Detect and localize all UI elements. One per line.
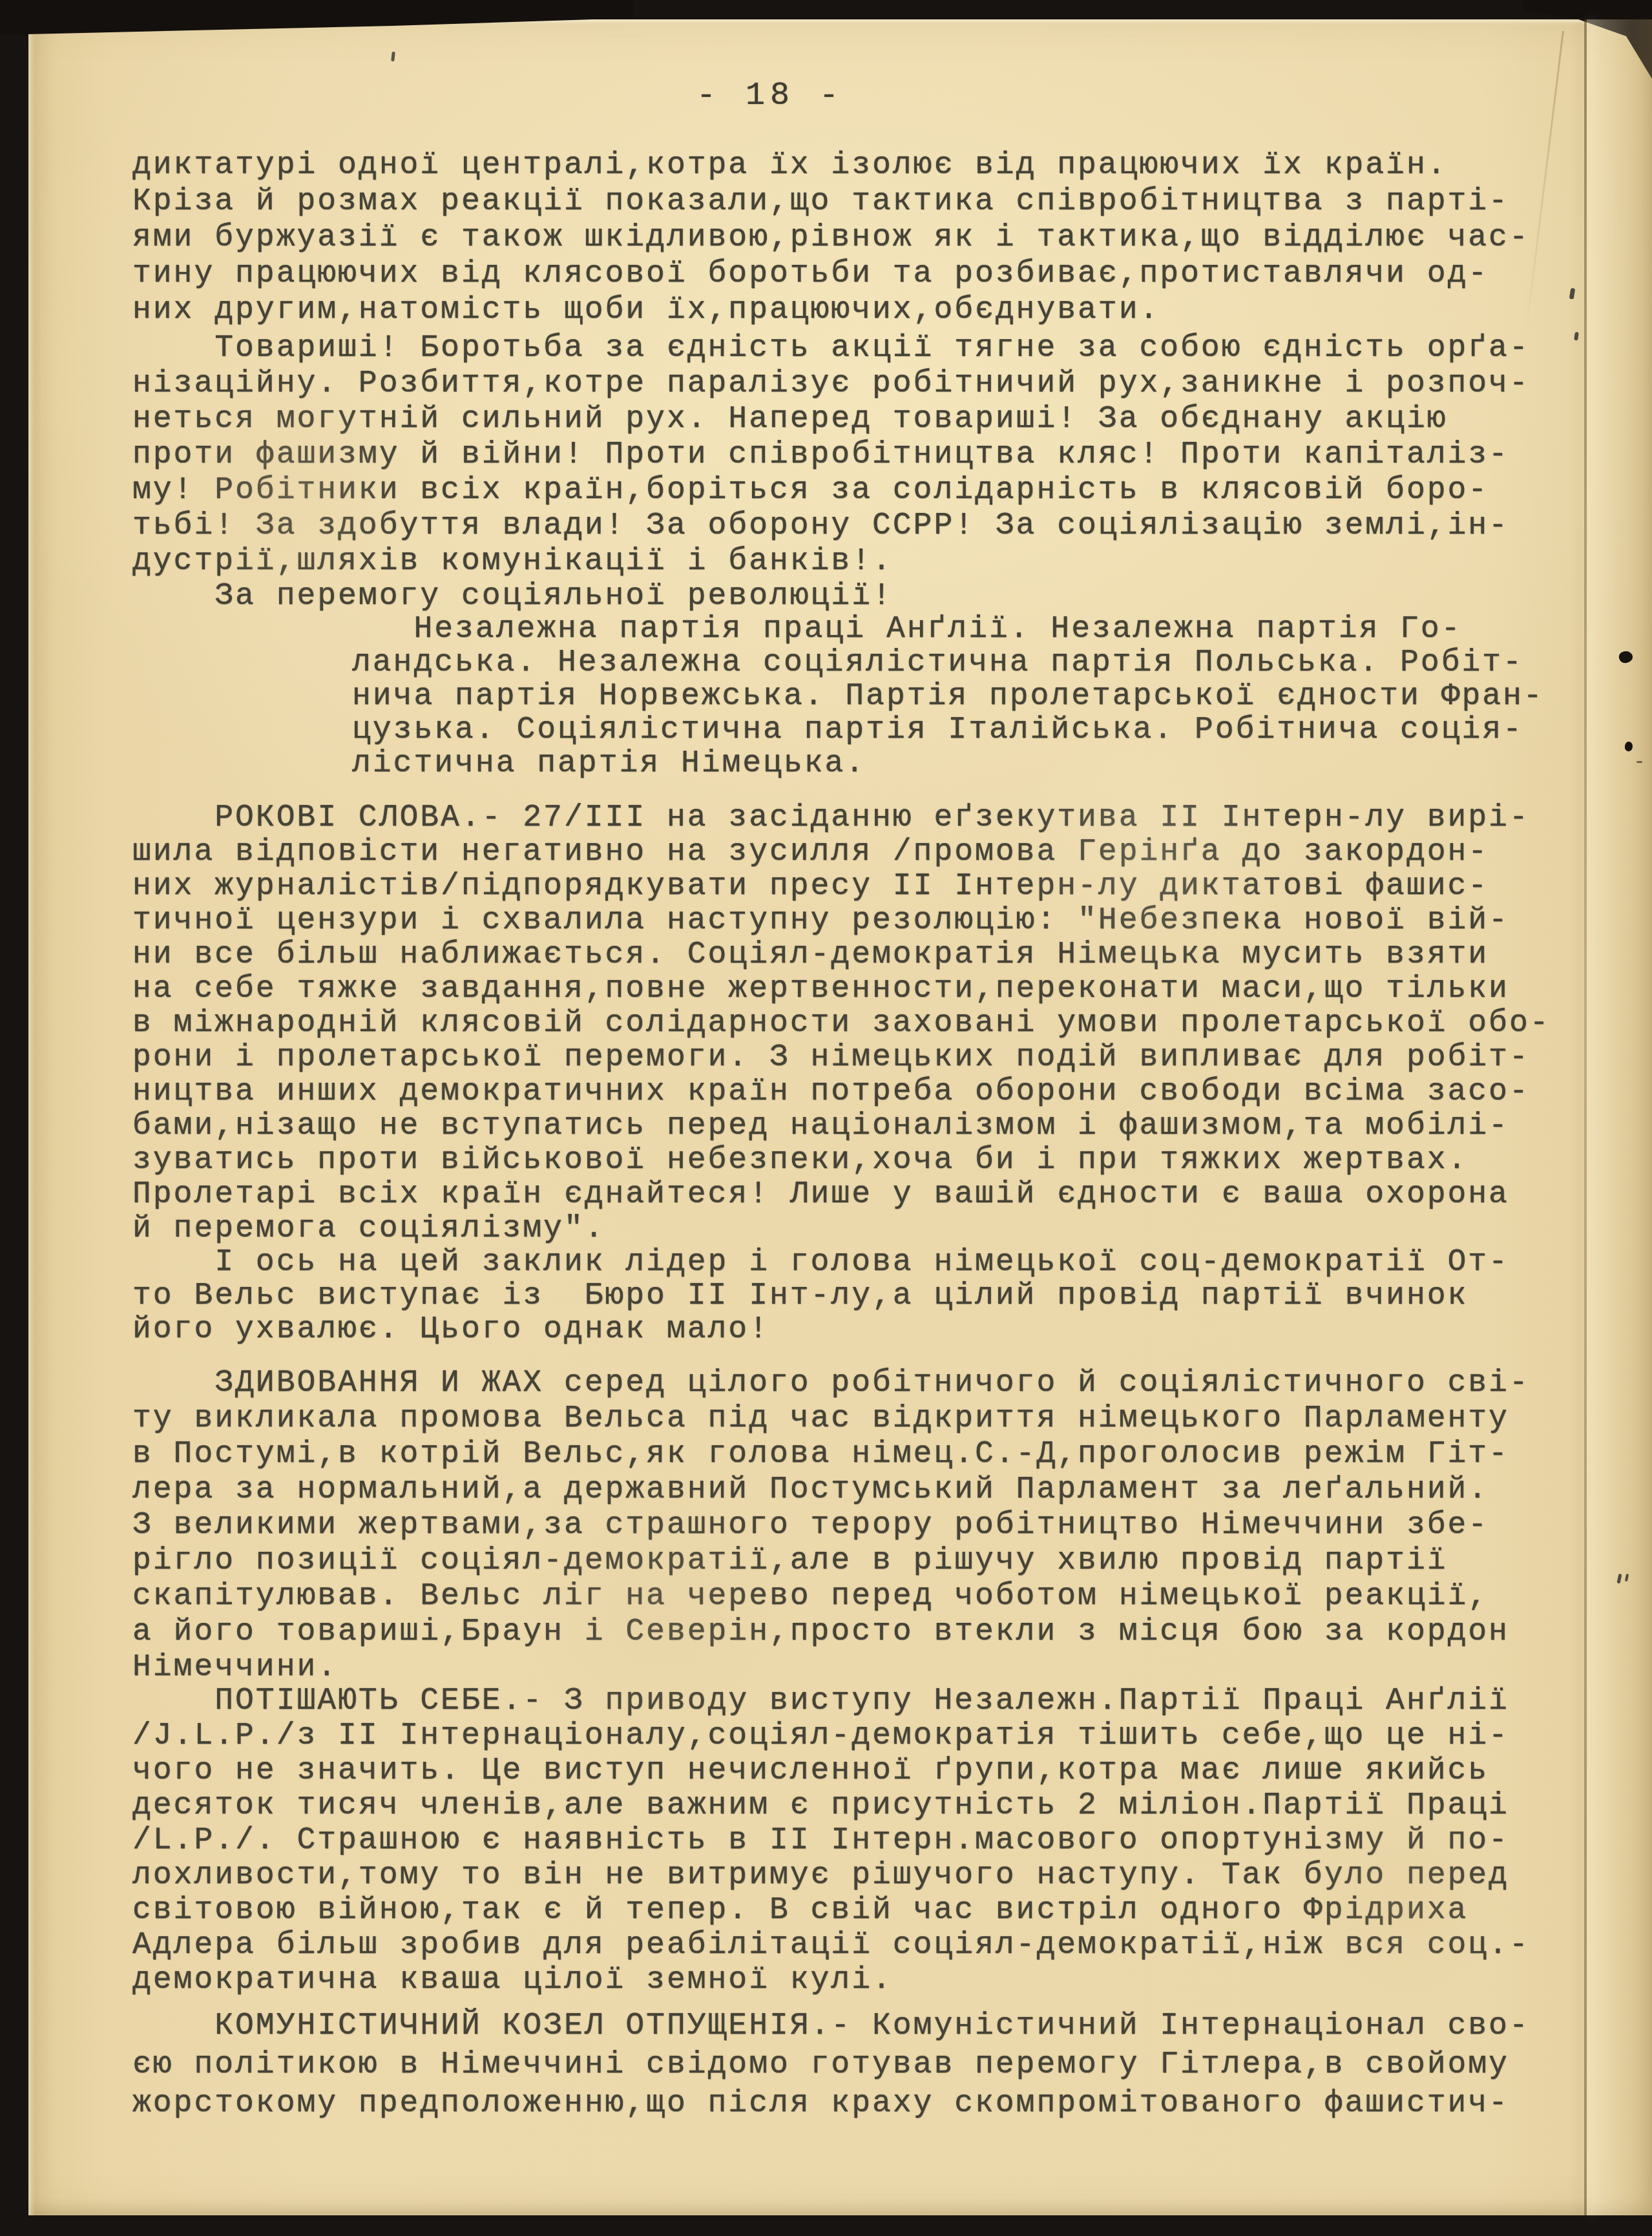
paper-fold-line xyxy=(1584,19,1587,2215)
line-slogan-social-revolution: За перемогу соціяльної революції! xyxy=(132,579,893,614)
paper-fold-strip xyxy=(1587,19,1652,2215)
paragraph-communist-scapegoat: КОМУНІСТИЧНИЙ КОЗЕЛ ОТПУЩЕНІЯ.- Комуніст… xyxy=(132,2007,1530,2123)
paragraph-astonishment: ЗДИВОВАННЯ И ЖАХ серед цілого робітничог… xyxy=(132,1366,1530,1686)
party-list-block: Незалежна партія праці Анґлії. Незалежна… xyxy=(352,612,1544,780)
ink-speck xyxy=(1636,761,1642,763)
paragraph-console-themselves: ПОТІШАЮТЬ СЕБЕ.- З приводу виступу Незал… xyxy=(132,1684,1530,1998)
scanned-document-page: - 18 - диктатурі одної централі,котра їх… xyxy=(0,0,1652,2236)
paragraph-rokovi-slova: РОКОВІ СЛОВА.- 27/III на засіданню еґзек… xyxy=(132,801,1551,1246)
paragraph-comrades-appeal: Товариші! Боротьба за єдність акції тягн… xyxy=(132,331,1530,580)
page-number: - 18 - xyxy=(696,78,844,114)
paragraph-continuation: диктатурі одної централі,котра їх ізолює… xyxy=(132,147,1530,328)
paragraph-otto-wels: І ось на цей заклик лідер і голова німец… xyxy=(132,1246,1509,1346)
